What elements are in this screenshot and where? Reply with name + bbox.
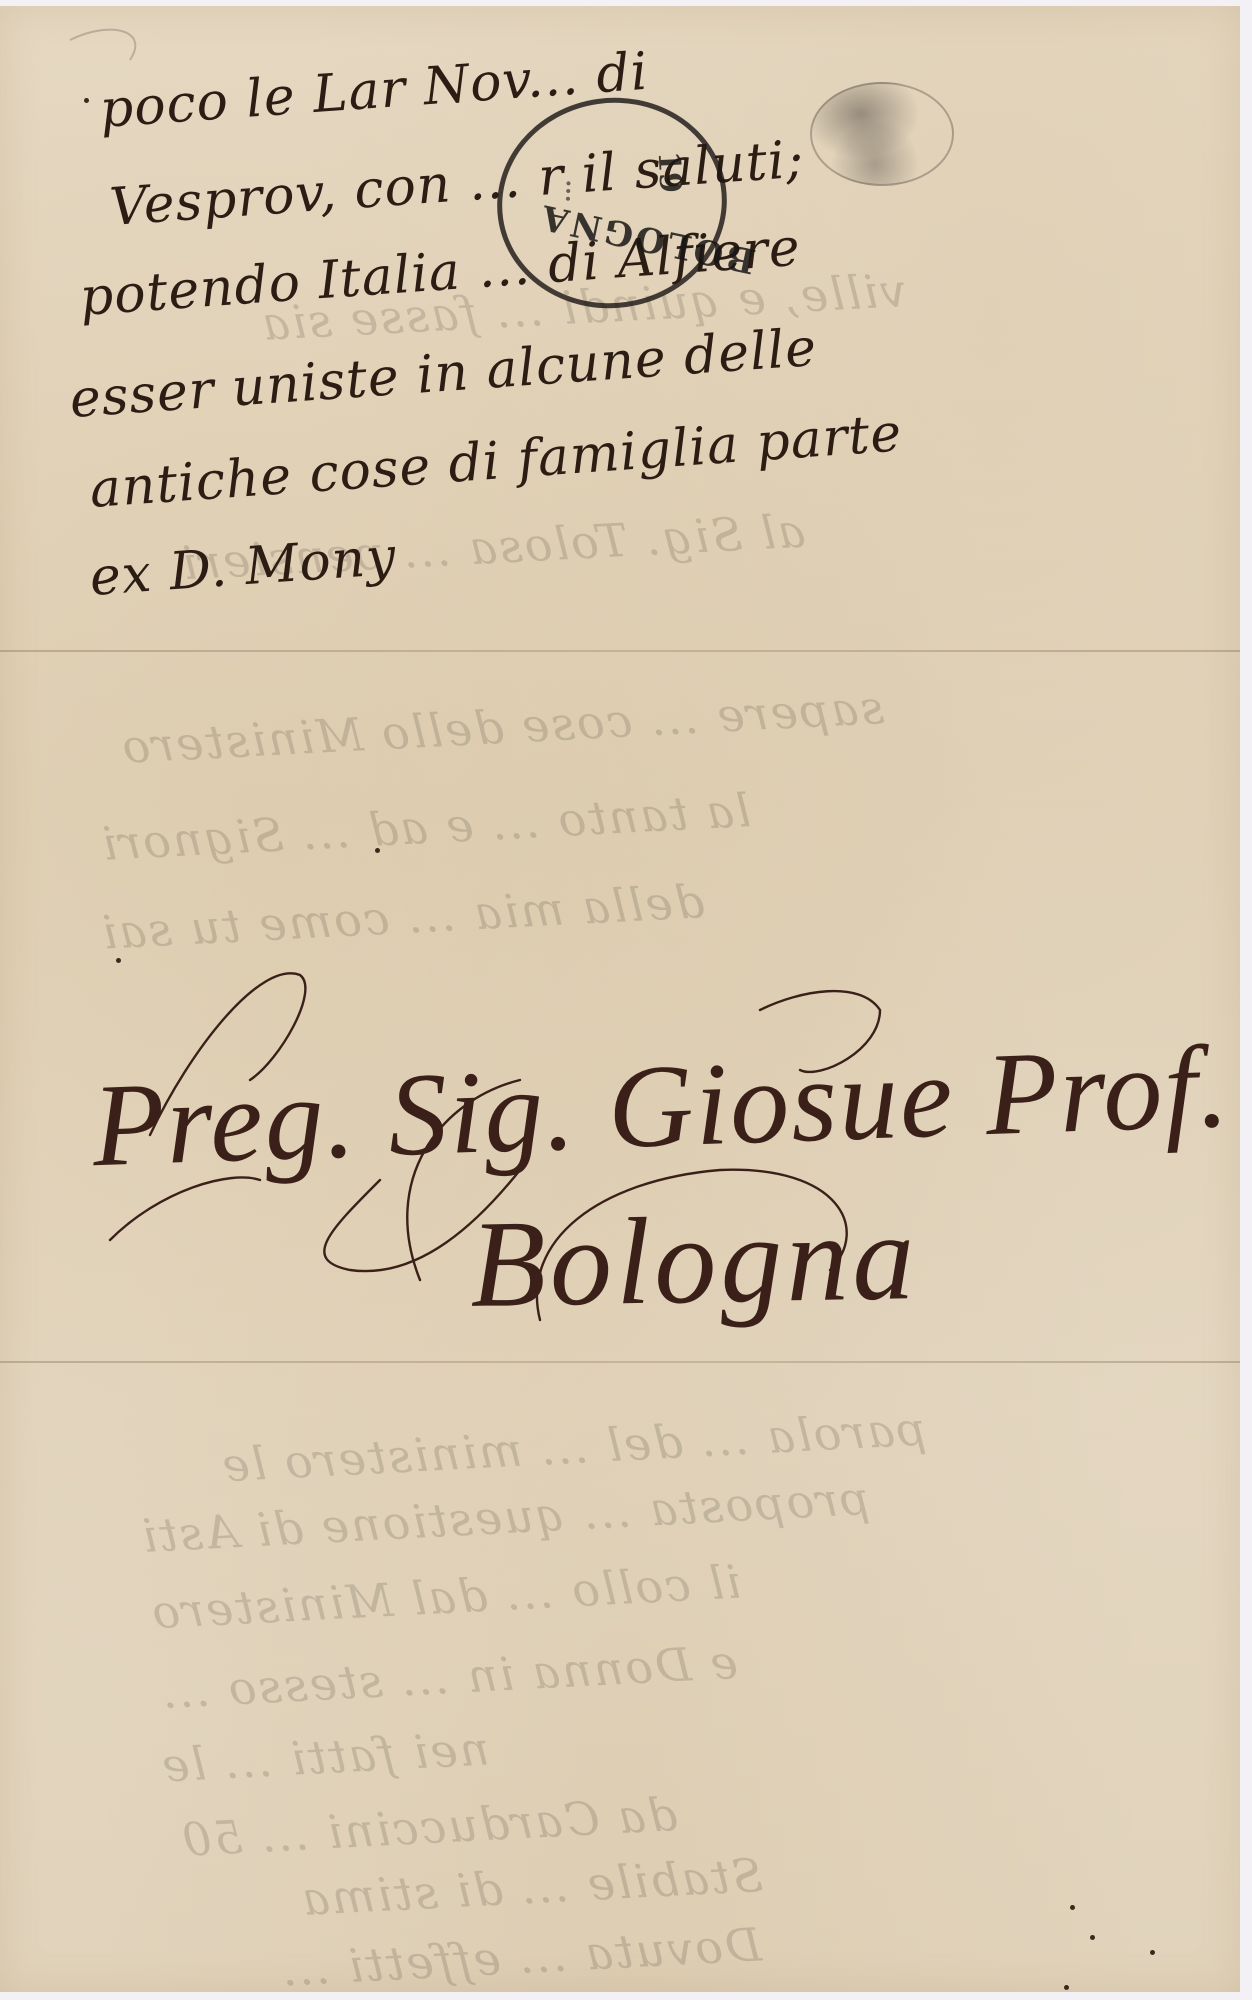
ink-speck [1150,1950,1155,1955]
ink-speck [84,98,89,103]
ink-speck [1064,1985,1069,1990]
ink-speck [1090,1935,1095,1940]
recipient-city: Bologna [469,1186,920,1336]
ink-speck [116,958,121,963]
faint-corner-mark [70,30,135,60]
ink-speck [1070,1905,1075,1910]
address-flourishes [0,0,1252,2000]
ink-speck [375,848,380,853]
